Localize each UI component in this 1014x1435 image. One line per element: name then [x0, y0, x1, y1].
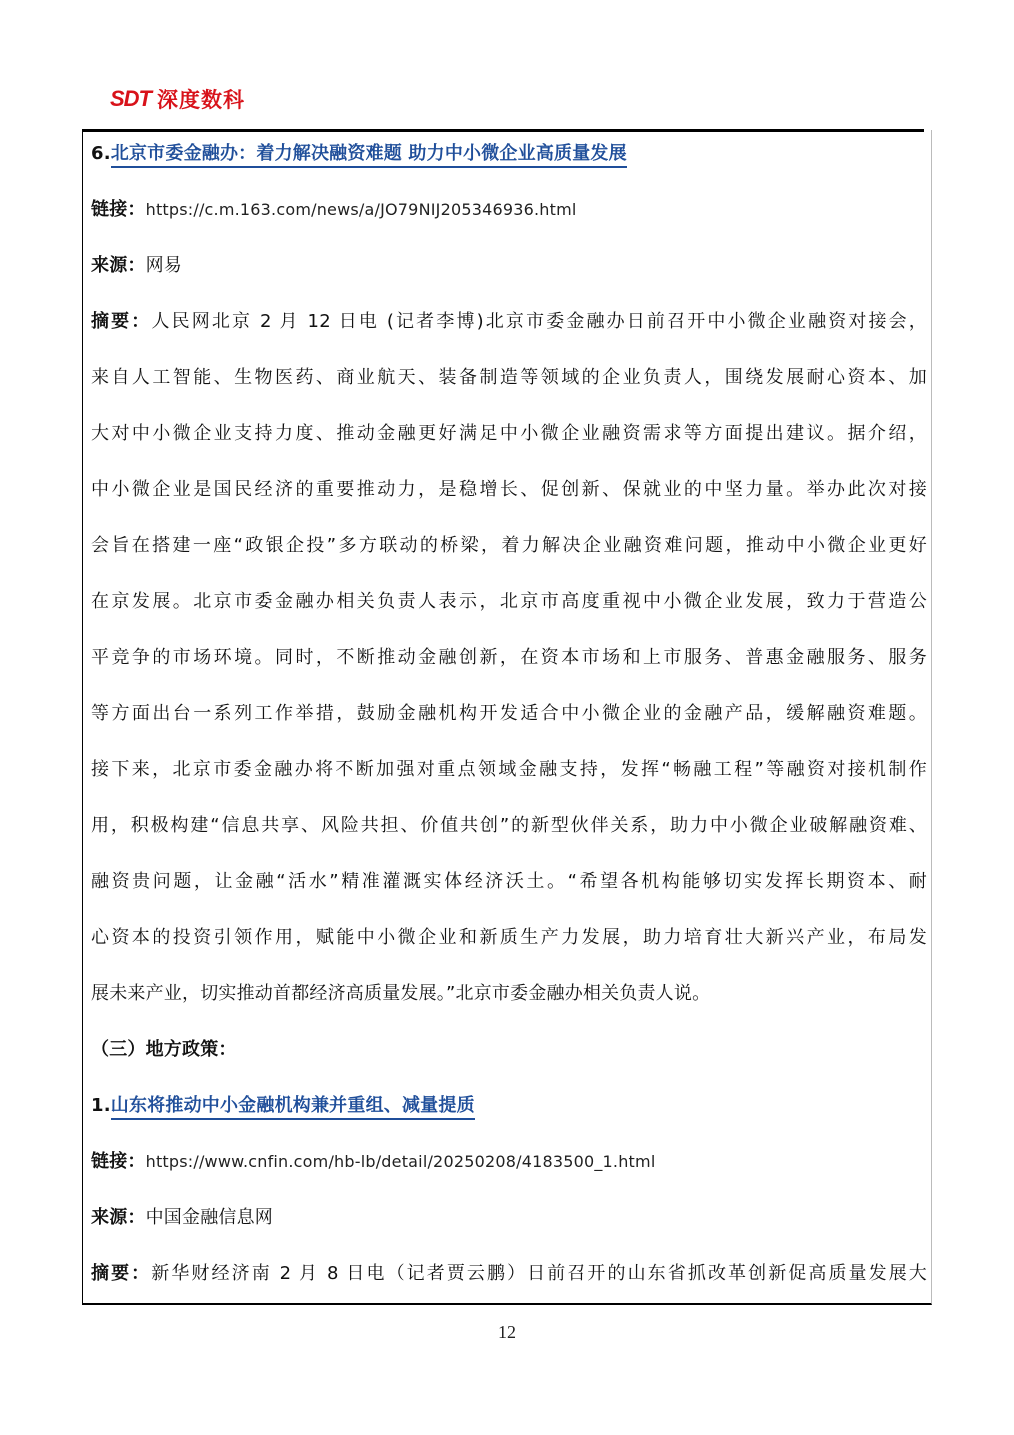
article-1-source-line: 来源：中国金融信息网 [91, 1200, 927, 1256]
summary-line: 接下来，北京市委金融办将不断加强对重点领域金融支持，发挥“畅融工程”等融资对接机… [91, 752, 927, 808]
article-6-source: 网易 [146, 255, 182, 276]
summary-text: 新华财经济南 2 月 8 日电（记者贾云鹏）日前召开的山东省抓改革创新促高质量发… [151, 1263, 927, 1284]
article-6-title-line: 6.北京市委金融办：着力解决融资难题 助力中小微企业高质量发展 [91, 136, 927, 192]
summary-line: 展未来产业，切实推动首都经济高质量发展。”北京市委金融办相关负责人说。 [91, 976, 927, 1032]
company-logo: SDT 深度数科 [110, 84, 245, 114]
logo-text: 深度数科 [157, 84, 245, 114]
article-1-link-line: 链接：https://www.cnfin.com/hb-lb/detail/20… [91, 1144, 927, 1200]
summary-line: 摘要：人民网北京 2 月 12 日电 (记者李博)北京市委金融办日前召开中小微企… [91, 304, 927, 360]
summary-label: 摘要： [91, 1263, 151, 1284]
summary-line: 融资贵问题，让金融“活水”精准灌溉实体经济沃土。“希望各机构能够切实发挥长期资本… [91, 864, 927, 920]
summary-line: 心资本的投资引领作用，赋能中小微企业和新质生产力发展，助力培育壮大新兴产业，布局… [91, 920, 927, 976]
document-body: 6.北京市委金融办：着力解决融资难题 助力中小微企业高质量发展 链接：https… [91, 136, 927, 1312]
article-6-link-line: 链接：https://c.m.163.com/news/a/JO79NIJ205… [91, 192, 927, 248]
summary-label: 摘要： [91, 311, 151, 332]
article-1-title-link[interactable]: 山东将推动中小金融机构兼并重组、减量提质 [111, 1095, 475, 1120]
article-6-url[interactable]: https://c.m.163.com/news/a/JO79NIJ205346… [146, 200, 577, 219]
summary-text: 人民网北京 2 月 12 日电 (记者李博)北京市委金融办日前召开中小微企业融资… [151, 311, 927, 332]
article-1-title-line: 1.山东将推动中小金融机构兼并重组、减量提质 [91, 1088, 927, 1144]
article-number: 6. [91, 143, 111, 164]
summary-line: 等方面出台一系列工作举措，鼓励金融机构开发适合中小微企业的金融产品，缓解融资难题… [91, 696, 927, 752]
summary-line: 大对中小微企业支持力度、推动金融更好满足中小微企业融资需求等方面提出建议。据介绍… [91, 416, 927, 472]
link-label: 链接： [91, 199, 146, 220]
summary-line: 来自人工智能、生物医药、商业航天、装备制造等领域的企业负责人，围绕发展耐心资本、… [91, 360, 927, 416]
link-label: 链接： [91, 1151, 146, 1172]
article-1-url[interactable]: https://www.cnfin.com/hb-lb/detail/20250… [146, 1152, 656, 1171]
summary-line: 在京发展。北京市委金融办相关负责人表示，北京市高度重视中小微企业发展，致力于营造… [91, 584, 927, 640]
logo-mark: SDT [110, 86, 151, 112]
summary-line: 中小微企业是国民经济的重要推动力，是稳增长、促创新、保就业的中坚力量。举办此次对… [91, 472, 927, 528]
summary-line: 平竞争的市场环境。同时，不断推动金融创新，在资本市场和上市服务、普惠金融服务、服… [91, 640, 927, 696]
article-1-source: 中国金融信息网 [146, 1207, 273, 1228]
summary-line: 会旨在搭建一座“政银企投”多方联动的桥梁，着力解决企业融资难问题，推动中小微企业… [91, 528, 927, 584]
source-label: 来源： [91, 255, 146, 276]
section-heading: （三）地方政策： [91, 1032, 927, 1088]
summary-line: 摘要：新华财经济南 2 月 8 日电（记者贾云鹏）日前召开的山东省抓改革创新促高… [91, 1256, 927, 1312]
article-6-title-link[interactable]: 北京市委金融办：着力解决融资难题 助力中小微企业高质量发展 [111, 143, 627, 168]
summary-line: 用，积极构建“信息共享、风险共担、价值共创”的新型伙伴关系，助力中小微企业破解融… [91, 808, 927, 864]
source-label: 来源： [91, 1207, 146, 1228]
page-number: 12 [0, 1322, 1014, 1343]
article-6-source-line: 来源：网易 [91, 248, 927, 304]
article-number: 1. [91, 1095, 111, 1116]
